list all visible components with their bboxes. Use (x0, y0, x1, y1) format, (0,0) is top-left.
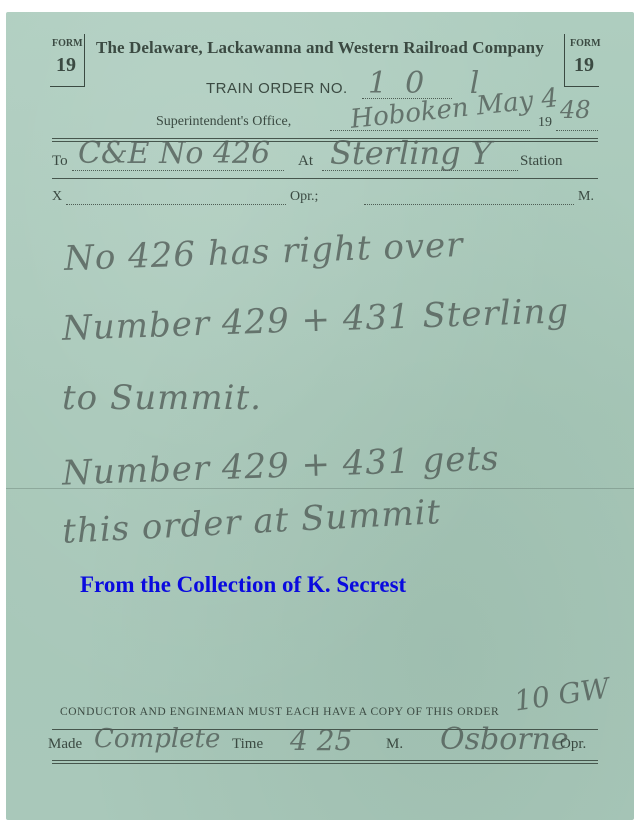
to-handwritten: C&E No 426 (78, 136, 270, 171)
company-name: The Delaware, Lackawanna and Western Rai… (96, 38, 544, 58)
station-label: Station (520, 153, 563, 170)
at-handwritten: Sterling Y (330, 134, 492, 172)
operator-handwritten: Osborne (440, 722, 569, 757)
time-m-label: M. (386, 736, 403, 753)
opr-line (364, 204, 574, 205)
collection-watermark: From the Collection of K. Secrest (80, 572, 406, 598)
form-number-box-left: FORM 19 (50, 34, 85, 87)
made-label: Made (48, 736, 82, 753)
divider-4 (52, 760, 598, 764)
form-number-box-right: FORM 19 (564, 34, 599, 87)
x-label: X (52, 189, 62, 205)
time-label: Time (232, 736, 263, 753)
order-line-3: to Summit. (62, 378, 262, 418)
made-handwritten: Complete (94, 724, 220, 754)
divider-2 (52, 178, 598, 179)
operator-label: Opr. (560, 736, 586, 753)
superintendent-office-label: Superintendent's Office, (156, 114, 291, 130)
form-label-left: FORM (52, 38, 83, 49)
train-order-label: TRAIN ORDER NO. (206, 80, 348, 97)
year-prefix: 19 (538, 115, 552, 131)
form-number-left: 19 (56, 54, 76, 77)
opr-label: Opr.; (290, 189, 318, 205)
time-handwritten: 4 25 (290, 724, 352, 757)
year-line (556, 130, 598, 131)
at-label: At (298, 153, 313, 170)
year-handwritten: 48 (560, 96, 591, 124)
m-label: M. (578, 189, 594, 205)
form-label-right: FORM (570, 38, 601, 49)
copy-notice: CONDUCTOR AND ENGINEMAN MUST EACH HAVE A… (60, 706, 499, 718)
x-line (66, 204, 286, 205)
form-number-right: 19 (574, 54, 594, 77)
to-label: To (52, 153, 68, 170)
